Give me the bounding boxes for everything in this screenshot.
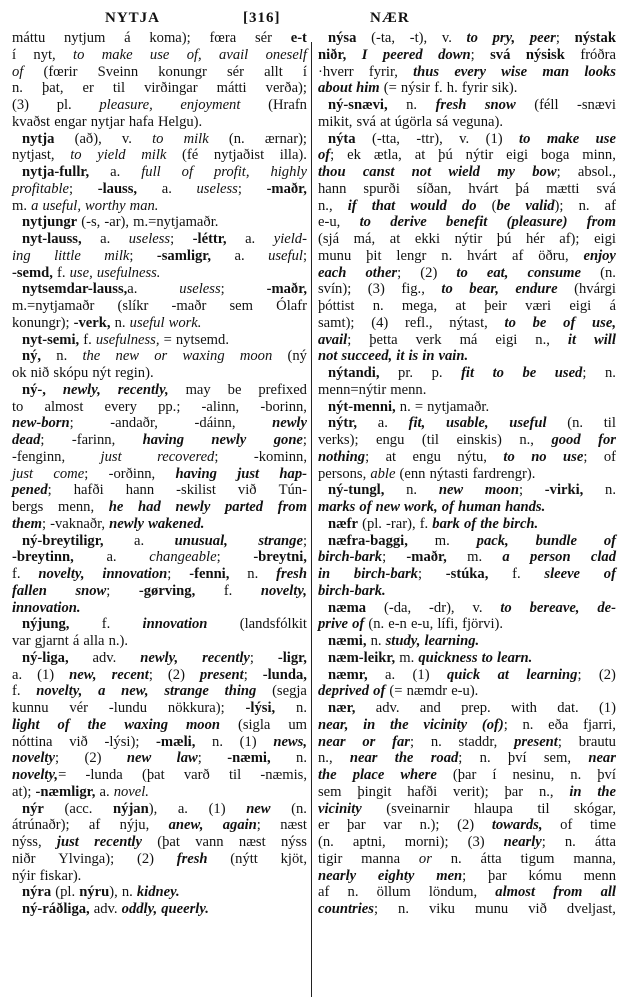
text-line: n.,ifthatwoulddo(bevalid);n.af <box>318 198 616 215</box>
text-line: abouthim(=nýsirf.h.fyrirsik). <box>318 80 616 97</box>
word: -næmis, <box>260 767 307 784</box>
word: them; <box>12 516 46 533</box>
word: -næmi, <box>227 750 270 767</box>
word: n. <box>400 399 411 416</box>
word: nytsemd. <box>176 332 229 349</box>
word: oddly, <box>122 901 158 918</box>
word: n. <box>451 851 462 868</box>
text-line: (sjámá,atekkinýtirþúhéraf);eigi <box>318 231 616 248</box>
word: recent; <box>112 667 153 684</box>
word: n. <box>398 901 409 918</box>
word: (n. <box>318 834 334 851</box>
word: pened; <box>12 482 52 499</box>
word: queerly. <box>161 901 209 918</box>
word: useless; <box>179 281 224 298</box>
word: use, <box>592 315 616 332</box>
text-line: tigirmannaorn.áttatigummanna, <box>318 851 616 868</box>
word: peer; <box>530 30 560 47</box>
word: clad <box>591 549 616 566</box>
word: of <box>604 449 616 466</box>
word: -lýsi, <box>246 700 276 717</box>
word: innovation; <box>102 566 171 583</box>
left-column: máttunytjumákoma);fœrasére-tínyt,tomakeu… <box>12 30 307 918</box>
word: (til <box>422 432 439 449</box>
word: munu <box>475 901 508 918</box>
word: nýju, <box>120 817 150 834</box>
word: n. <box>565 834 576 851</box>
word: waxing <box>124 717 168 734</box>
text-line: marksofnewwork,ofhumanhands. <box>318 499 616 516</box>
word: n. <box>441 248 452 265</box>
text-line: kunnuvér-lundunökkura);-lýsi,n. <box>12 700 307 717</box>
word: having <box>176 466 217 483</box>
word: v. <box>122 131 132 148</box>
word: verk <box>416 332 442 349</box>
word: fróðra <box>580 47 616 64</box>
word: of <box>359 499 371 516</box>
word: menn=nýtir <box>318 382 386 399</box>
word: time <box>590 817 616 834</box>
word: nýjung, <box>22 616 69 633</box>
word: (n. <box>368 616 384 633</box>
word: -ligr, <box>278 650 307 667</box>
word: nytja <box>22 131 54 148</box>
word: (sigla <box>238 717 270 734</box>
word: nesinu, <box>512 767 554 784</box>
word: þit <box>366 248 381 265</box>
word: -fenni, <box>189 566 229 583</box>
word: succeed, <box>342 348 393 365</box>
word: pack, <box>477 533 509 550</box>
word: (2) <box>84 750 101 767</box>
word: eigi <box>569 298 591 315</box>
text-line: ný-ráðliga,adv.oddly,queerly. <box>12 901 307 918</box>
word: n. <box>212 734 223 751</box>
word: (slíkr <box>118 298 149 315</box>
word: n., <box>539 784 554 801</box>
word: (segja <box>272 683 307 700</box>
word: nið <box>31 365 50 382</box>
word: (of); <box>482 717 508 734</box>
word: kvaðst <box>12 114 50 131</box>
word: fig., <box>401 281 425 298</box>
running-head-right: NÆR <box>370 10 410 27</box>
word: (1) <box>37 667 54 684</box>
word: -fenginn, <box>12 449 65 466</box>
word: will <box>594 332 616 349</box>
word: in <box>422 348 434 365</box>
word: n. <box>523 717 534 734</box>
word: every <box>454 64 486 81</box>
text-line: -fenginn,justrecovered;-kominn, <box>12 449 307 466</box>
word: my <box>497 164 515 181</box>
word: e-u). <box>451 683 478 700</box>
word: löndum, <box>429 884 477 901</box>
word: having <box>143 432 184 449</box>
word: new, <box>121 683 148 700</box>
word: virðingar <box>144 80 198 97</box>
text-line: nytja(að),v.tomilk(n.ærnar); <box>12 131 307 148</box>
word: be <box>522 365 536 382</box>
word: af); <box>559 231 579 248</box>
word: ærnar); <box>265 131 307 148</box>
text-line: ný-breytiligr,a.unusual,strange; <box>12 533 307 550</box>
word: engu <box>413 449 441 466</box>
word: (1) <box>599 700 616 717</box>
word: -maðr <box>172 298 207 315</box>
word: bereave, <box>530 600 580 617</box>
word: useful <box>509 415 546 432</box>
word: -breytni, <box>253 549 307 566</box>
text-line: ný-snævi,n.freshsnow(féll-snævi <box>318 97 616 114</box>
word: is <box>408 348 418 365</box>
word: ný-ráðliga, <box>22 901 90 918</box>
word: nyt-lauss, <box>22 231 82 248</box>
word: used; <box>555 365 587 382</box>
word: m.=nytjamaðr <box>12 298 94 315</box>
word: innovation <box>143 616 208 633</box>
word: til <box>604 415 616 432</box>
word: til <box>537 801 549 818</box>
word: in <box>318 566 330 583</box>
word: til <box>229 767 241 784</box>
word: (nýtt <box>230 851 258 868</box>
word: því <box>508 750 527 767</box>
word: munu <box>318 248 351 265</box>
word: átrúnaðr); <box>12 817 70 834</box>
word: a <box>98 683 105 700</box>
word: a. <box>12 667 22 684</box>
word: at <box>415 147 426 164</box>
word: marks <box>318 499 355 516</box>
word: of <box>352 616 364 633</box>
word: avail <box>219 47 248 64</box>
word: learning; <box>526 667 581 684</box>
word: strange <box>164 683 209 700</box>
word: bow; <box>532 164 560 181</box>
text-line: nýirfiskar). <box>12 868 307 885</box>
word: nýr <box>22 801 44 818</box>
word: er <box>83 80 94 97</box>
word: oneself <box>266 47 307 64</box>
word: n. <box>296 750 307 767</box>
text-line: at);-næmligr,a.novel. <box>12 784 307 801</box>
word: = <box>415 399 423 416</box>
word: of <box>563 315 575 332</box>
word: n. <box>348 884 359 901</box>
word: novel. <box>114 784 149 801</box>
word: quickness <box>418 650 477 667</box>
word: waxing <box>182 348 224 365</box>
word: n., <box>318 750 333 767</box>
word: í <box>12 47 16 64</box>
word: kunnu <box>12 700 48 717</box>
word: near <box>318 734 346 751</box>
word: a. <box>245 231 255 248</box>
word: of <box>604 566 616 583</box>
word: þeir <box>484 298 507 315</box>
word: a. <box>378 415 388 432</box>
word: (3) <box>368 281 385 298</box>
word: (1) <box>413 667 430 684</box>
word: -samligr, <box>157 248 211 265</box>
word: til <box>113 80 125 97</box>
word: newly <box>211 432 246 449</box>
word: ok <box>12 365 27 382</box>
text-line: nytja-fullr,a.fullofprofit,highly <box>12 164 307 181</box>
word: deprived <box>318 683 369 700</box>
word: just <box>57 834 79 851</box>
word: newly <box>272 415 307 432</box>
word: svá <box>490 47 510 64</box>
text-line: n.þat,ertilvirðingarmáttiverða); <box>12 80 307 97</box>
word: sik). <box>492 80 518 97</box>
word: = <box>164 332 172 349</box>
word: -rar), <box>386 516 416 533</box>
word: almost <box>44 399 83 416</box>
word: a. <box>134 533 144 550</box>
word: useful; <box>268 248 307 265</box>
word: adv. <box>94 901 118 918</box>
text-line: átrúnaðr);afnýju,anew,again;næst <box>12 817 307 834</box>
word: máttu <box>12 30 45 47</box>
word: newly, <box>63 382 101 399</box>
word: (2) <box>137 851 154 868</box>
text-line: justcome;-orðinn,havingjusthap- <box>12 466 307 483</box>
word: næst <box>280 817 307 834</box>
word: þingit <box>357 784 391 801</box>
word: him <box>356 80 380 97</box>
word: e-u, <box>318 214 340 231</box>
word: a. <box>235 248 245 265</box>
word: sem <box>318 784 342 801</box>
word: n. <box>12 80 23 97</box>
word: Ylvinga); <box>58 851 114 868</box>
word: -orðinn, <box>109 466 156 483</box>
word: (n. <box>229 131 245 148</box>
word: næst <box>239 834 266 851</box>
word: v. <box>459 131 469 148</box>
word: í <box>492 767 496 784</box>
word: the <box>88 717 107 734</box>
word: spurði <box>363 181 399 198</box>
word: a. <box>178 801 188 818</box>
column-divider <box>311 42 312 997</box>
word: -lunda <box>85 767 122 784</box>
word: nær, <box>328 700 355 717</box>
word: eat, <box>487 265 508 282</box>
word: lengr <box>396 248 426 265</box>
word: nýt <box>92 365 111 382</box>
word: m. <box>467 549 482 566</box>
text-line: m.auseful,worthyman. <box>12 198 307 215</box>
word: regin). <box>115 365 154 382</box>
word: -dr), <box>429 600 455 617</box>
word: (að), <box>75 131 102 148</box>
word: absol., <box>578 164 616 181</box>
word: fresh <box>436 97 467 114</box>
word: to <box>467 30 478 47</box>
word: nytjaðist <box>214 147 264 164</box>
text-line: nytjast,toyieldmilk(fénytjaðistilla). <box>12 147 307 164</box>
text-line: nær,adv.andprep.withdat.(1) <box>318 700 616 717</box>
word: svá <box>596 181 615 198</box>
word: (þar <box>453 767 477 784</box>
word: (acc. <box>64 801 92 818</box>
word: væri <box>525 298 551 315</box>
word: if <box>348 198 357 215</box>
word: hap- <box>279 466 307 483</box>
word: nytsemdar-lauss,a. <box>22 281 137 298</box>
word: við <box>528 901 547 918</box>
right-column: nýsa(-ta,-t),v.topry,peer;nýstakniðr,Ipe… <box>318 30 616 918</box>
word: the <box>395 750 414 767</box>
word: bear, <box>469 281 499 298</box>
word: benefit <box>446 214 487 231</box>
text-line: pened;hafðihann-skilistviðTún- <box>12 482 307 499</box>
text-line: næmr,a.(1)quickatlearning;(2) <box>318 667 616 684</box>
word: present; <box>200 667 248 684</box>
word: (pl. <box>55 884 75 901</box>
word: -ar), <box>104 214 129 231</box>
word: use <box>150 47 169 64</box>
word: engar <box>54 114 86 131</box>
word: vicinity <box>318 801 362 818</box>
word: useless; <box>197 181 242 198</box>
word: at <box>498 667 509 684</box>
word: study, <box>386 633 421 650</box>
text-line: nyt-semi,f.usefulness,=nytsemd. <box>12 332 307 349</box>
word: of <box>373 683 385 700</box>
word: a <box>31 198 38 215</box>
word: -léttr, <box>193 231 227 248</box>
word: f. <box>83 332 92 349</box>
word: do <box>462 198 477 215</box>
word: from <box>278 499 307 516</box>
word: road; <box>431 750 463 767</box>
word: ný-breytiligr, <box>22 533 103 550</box>
text-line: næmi,n.study,learning. <box>318 633 616 650</box>
word: tigum <box>520 851 554 868</box>
word: nóttina <box>12 734 53 751</box>
word: moon <box>240 348 272 365</box>
word: changeable; <box>149 549 220 566</box>
text-line: nýtandi,pr.p.fittobeused;n. <box>318 365 616 382</box>
word: af <box>512 248 523 265</box>
word: (sjá <box>318 231 339 248</box>
word: -alinn, <box>202 399 240 416</box>
text-line: ný-tungl,n.newmoon;-virki,n. <box>318 482 616 499</box>
word: novelty, <box>36 683 82 700</box>
word: novelty, <box>38 566 84 583</box>
word: -snævi <box>577 97 616 114</box>
text-line: nearorfar;n.staddr,present;brautu <box>318 734 616 751</box>
word: prefixed <box>258 382 307 399</box>
word: highly <box>270 164 306 181</box>
word: just <box>237 466 259 483</box>
word: peered <box>383 47 423 64</box>
word: hér <box>526 231 545 248</box>
word: hann <box>318 181 346 198</box>
word: þá <box>515 181 529 198</box>
word: prive <box>318 616 348 633</box>
text-line: nýtr,a.fit,usable,useful(n.til <box>318 415 616 432</box>
word: other; <box>365 265 401 282</box>
word: milk <box>184 131 209 148</box>
word: v. <box>472 600 482 617</box>
word: minn, <box>582 147 616 164</box>
word: við <box>238 482 257 499</box>
word: ný-snævi, <box>328 97 388 114</box>
word: (3) <box>468 834 485 851</box>
word: a. <box>106 549 116 566</box>
word: of <box>58 717 70 734</box>
word: that <box>372 198 396 215</box>
word: (þat <box>142 767 165 784</box>
word: næmdr <box>407 683 448 700</box>
word: birch. <box>503 516 538 533</box>
word: useful <box>130 315 165 332</box>
word: -virki, <box>545 482 584 499</box>
word: (Hrafn <box>268 97 307 114</box>
word: birch-bark. <box>318 583 386 600</box>
word: new <box>127 750 151 767</box>
word: nearly; <box>504 834 546 851</box>
word: new <box>116 348 140 365</box>
word: -lundu <box>109 700 147 717</box>
word: í <box>303 64 307 81</box>
word: -maðr, <box>267 281 307 298</box>
word: konungr <box>158 64 207 81</box>
word: profitable; <box>12 181 73 198</box>
word: to <box>503 449 514 466</box>
word: allt <box>264 64 283 81</box>
word: e-n <box>388 616 407 633</box>
text-line: þóttistn.mega,atþeirværieigiá <box>318 298 616 315</box>
word: it <box>568 332 576 349</box>
text-line: birch-bark. <box>318 583 616 600</box>
word: m. <box>12 198 27 215</box>
text-line: -semd,f.use,usefulness. <box>12 265 307 282</box>
word: þar <box>347 817 366 834</box>
word: eigi <box>495 332 517 349</box>
word: eigi <box>506 147 528 164</box>
text-line: profitable;-lauss,a.useless;-maðr, <box>12 181 307 198</box>
text-line: okniðskópunýtregin). <box>12 365 307 382</box>
word: pleasure, <box>99 97 152 114</box>
word: I <box>362 47 368 64</box>
text-line: nyt-lauss,a.useless;-léttr,a.yield- <box>12 231 307 248</box>
word: newly <box>175 499 210 516</box>
word: má <box>460 332 478 349</box>
word: a. <box>99 784 109 801</box>
word: skópu <box>53 365 88 382</box>
word: f. <box>12 566 21 583</box>
word: about <box>318 80 352 97</box>
word: each <box>318 265 346 282</box>
word: not <box>318 348 337 365</box>
word: make <box>102 47 133 64</box>
page-header: NYTJA [316] NÆR <box>0 6 625 30</box>
word: -verk, <box>74 315 111 332</box>
word: morni); <box>405 834 449 851</box>
word: nýir <box>12 868 36 885</box>
word: nýsir <box>401 80 430 97</box>
word: -mæli, <box>156 734 195 751</box>
word: recently, <box>118 382 169 399</box>
word: new <box>376 499 400 516</box>
word: usefulness. <box>97 265 161 282</box>
